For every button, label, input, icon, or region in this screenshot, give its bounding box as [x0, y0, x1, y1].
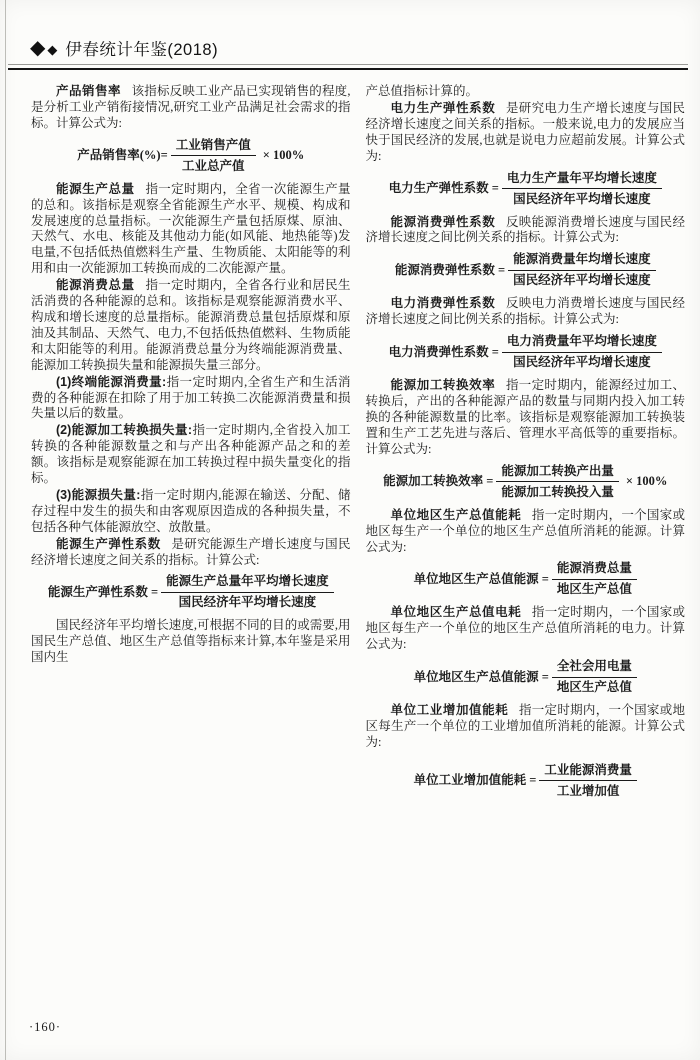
fraction-denominator: 国民经济年平均增长速度: [502, 189, 662, 207]
para-item-processing-conversion-loss: (2)能源加工转换损失量:指一定时期内,全省投入加工转换的各种能源数量之和与产出…: [31, 423, 351, 487]
term-label: 单位工业增加值能耗: [391, 703, 509, 717]
term-label: 电力消费弹性系数: [391, 296, 496, 310]
fraction-numerator: 电力生产量年平均增长速度: [502, 171, 662, 190]
fraction-numerator: 能源消费量年均增长速度: [508, 252, 656, 271]
formula-lhs: 能源消费弹性系数 =: [395, 263, 505, 278]
diamond-icon: ◆: [47, 43, 57, 56]
item-lead-label: (3)能源损失量:: [56, 488, 140, 502]
fraction-denominator: 工业增加值: [539, 781, 637, 799]
yearbook-scanned-page: ◆ ◆ 伊春统计年鉴(2018) 产品销售率该指标反映工业产品已实现销售的程度,…: [0, 0, 700, 1060]
term-label: 单位地区生产总值电耗: [391, 605, 522, 619]
para-energy-conversion-efficiency: 能源加工转换效率指一定时期内，能源经过加工、转换后，产出的各种能源产品的数量与同…: [366, 378, 686, 458]
term-label: 能源加工转换效率: [391, 378, 496, 392]
fraction-denominator: 国民经济年平均增长速度: [161, 593, 334, 611]
para-continuation: 产总值指标计算的。: [366, 84, 686, 100]
fraction-denominator: 国民经济年平均增长速度: [508, 271, 656, 289]
formula-energy-production-elasticity: 能源生产弹性系数 = 能源生产总量年平均增长速度 国民经济年平均增长速度: [31, 574, 351, 610]
fraction: 电力生产量年平均增长速度 国民经济年平均增长速度: [502, 171, 662, 207]
para-energy-per-unit-industrial-added-value: 单位工业增加值能耗指一定时期内，一个国家或地区每生产一个单位的工业增加值所消耗的…: [366, 703, 686, 751]
scan-edge-line: [5, 0, 6, 1060]
para-gdp-growth-note: 国民经济年平均增长速度,可根据不同的目的或需要,用国民生产总值、地区生产总值等指…: [31, 618, 351, 666]
para-electricity-consumption-elasticity: 电力消费弹性系数反映电力消费增长速度与国民经济增长速度之间比例关系的指标。计算公…: [366, 296, 686, 328]
right-column: 产总值指标计算的。 电力生产弹性系数是研究电力生产增长速度与国民经济增长速度之间…: [366, 84, 686, 807]
page-header: ◆ ◆ 伊春统计年鉴(2018): [30, 36, 686, 60]
fraction-numerator: 工业能源消费量: [539, 763, 637, 782]
fraction-denominator: 能源加工转换投入量: [496, 482, 619, 500]
diamond-icon: ◆: [30, 38, 45, 58]
term-label: 能源生产弹性系数: [56, 537, 161, 551]
page-number: ·160·: [29, 1020, 61, 1035]
fraction: 能源消费量年均增长速度 国民经济年平均增长速度: [508, 252, 656, 288]
fraction: 工业销售产值 工业总产值: [171, 138, 256, 174]
term-label: 能源生产总量: [56, 182, 135, 196]
para-energy-production-elasticity: 能源生产弹性系数是研究能源生产增长速度与国民经济增长速度之间关系的指标。计算公式…: [31, 537, 351, 569]
term-label: 电力生产弹性系数: [391, 101, 496, 115]
formula-energy-consumption-elasticity: 能源消费弹性系数 = 能源消费量年均增长速度 国民经济年平均增长速度: [366, 252, 686, 288]
para-electricity-production-elasticity: 电力生产弹性系数是研究电力生产增长速度与国民经济增长速度之间关系的指标。一般来说…: [366, 101, 686, 165]
formula-lhs: 产品销售率(%)=: [77, 148, 167, 163]
fraction-denominator: 地区生产总值: [552, 678, 637, 696]
para-text: 指一定时期内，全省各行业和居民生活消费的各种能源的总和。该指标是观察能源消费水平…: [31, 278, 351, 372]
term-label: 产品销售率: [56, 84, 121, 98]
fraction-denominator: 地区生产总值: [552, 580, 637, 598]
term-label: 单位地区生产总值能耗: [391, 508, 522, 522]
formula-energy-conversion-efficiency: 能源加工转换效率 = 能源加工转换产出量 能源加工转换投入量 × 100%: [366, 464, 686, 500]
formula-electricity-production-elasticity: 电力生产弹性系数 = 电力生产量年平均增长速度 国民经济年平均增长速度: [366, 171, 686, 207]
para-energy-production-total: 能源生产总量指一定时期内，全省一次能源生产量的总和。该指标是观察全省能源生产水平…: [31, 182, 351, 277]
fraction-numerator: 能源消费总量: [552, 561, 637, 580]
item-lead-label: (1)终端能源消费量:: [56, 375, 166, 389]
fraction: 能源消费总量 地区生产总值: [552, 561, 637, 597]
two-column-content: 产品销售率该指标反映工业产品已实现销售的程度,是分析工业产销衔接情况,研究工业产…: [31, 84, 685, 807]
fraction-numerator: 能源生产总量年平均增长速度: [161, 574, 334, 593]
formula-lhs: 能源生产弹性系数 =: [48, 585, 158, 600]
fraction: 能源生产总量年平均增长速度 国民经济年平均增长速度: [161, 574, 334, 610]
formula-product-sales-rate: 产品销售率(%)= 工业销售产值 工业总产值 × 100%: [31, 138, 351, 174]
formula-electricity-consumption-elasticity: 电力消费弹性系数 = 电力消费量年平均增长速度 国民经济年平均增长速度: [366, 334, 686, 370]
fraction-numerator: 全社会用电量: [552, 659, 637, 678]
fraction-numerator: 能源加工转换产出量: [496, 464, 619, 483]
fraction-numerator: 电力消费量年平均增长速度: [502, 334, 662, 353]
fraction: 工业能源消费量 工业增加值: [539, 763, 637, 799]
formula-lhs: 单位工业增加值能耗 =: [414, 773, 537, 788]
term-label: 能源消费弹性系数: [391, 215, 496, 229]
para-energy-consumption-total: 能源消费总量指一定时期内，全省各行业和居民生活消费的各种能源的总和。该指标是观察…: [31, 278, 351, 373]
formula-lhs: 电力消费弹性系数 =: [389, 345, 499, 360]
formula-lhs: 能源加工转换效率 =: [383, 474, 493, 489]
formula-lhs: 单位地区生产总值能源 =: [414, 572, 549, 587]
para-text: 国民经济年平均增长速度,可根据不同的目的或需要,用国民生产总值、地区生产总值等指…: [31, 618, 351, 664]
fraction-denominator: 工业总产值: [171, 156, 256, 174]
para-energy-consumption-elasticity: 能源消费弹性系数反映能源消费增长速度与国民经济增长速度之间比例关系的指标。计算公…: [366, 215, 686, 247]
formula-suffix: × 100%: [626, 474, 668, 489]
header-rule: [8, 64, 688, 70]
left-column: 产品销售率该指标反映工业产品已实现销售的程度,是分析工业产销衔接情况,研究工业产…: [31, 84, 351, 807]
fraction: 能源加工转换产出量 能源加工转换投入量: [496, 464, 619, 500]
formula-suffix: × 100%: [263, 148, 305, 163]
fraction: 电力消费量年平均增长速度 国民经济年平均增长速度: [502, 334, 662, 370]
page-title: 伊春统计年鉴(2018): [65, 36, 218, 60]
formula-lhs: 单位地区生产总值能源 =: [414, 670, 549, 685]
item-lead-label: (2)能源加工转换损失量:: [56, 423, 192, 437]
formula-lhs: 电力生产弹性系数 =: [389, 181, 499, 196]
para-product-sales-rate: 产品销售率该指标反映工业产品已实现销售的程度,是分析工业产销衔接情况,研究工业产…: [31, 84, 351, 132]
para-energy-per-unit-gdp: 单位地区生产总值能耗指一定时期内，一个国家或地区每生产一个单位的地区生产总值所消…: [366, 508, 686, 556]
fraction: 全社会用电量 地区生产总值: [552, 659, 637, 695]
para-item-terminal-energy-consumption: (1)终端能源消费量:指一定时期内,全省生产和生活消费的各种能源在扣除了用于加工…: [31, 375, 351, 423]
formula-electricity-per-unit-gdp: 单位地区生产总值能源 = 全社会用电量 地区生产总值: [366, 659, 686, 695]
term-label: 能源消费总量: [56, 278, 135, 292]
formula-energy-per-unit-industrial-added-value: 单位工业增加值能耗 = 工业能源消费量 工业增加值: [366, 763, 686, 799]
para-item-energy-loss: (3)能源损失量:指一定时期内,能源在输送、分配、储存过程中发生的损失和由客观原…: [31, 488, 351, 536]
para-electricity-per-unit-gdp: 单位地区生产总值电耗指一定时期内，一个国家或地区每生产一个单位的地区生产总值所消…: [366, 605, 686, 653]
para-text: 产总值指标计算的。: [366, 84, 479, 98]
formula-energy-per-unit-gdp: 单位地区生产总值能源 = 能源消费总量 地区生产总值: [366, 561, 686, 597]
fraction-denominator: 国民经济年平均增长速度: [502, 353, 662, 371]
fraction-numerator: 工业销售产值: [171, 138, 256, 157]
